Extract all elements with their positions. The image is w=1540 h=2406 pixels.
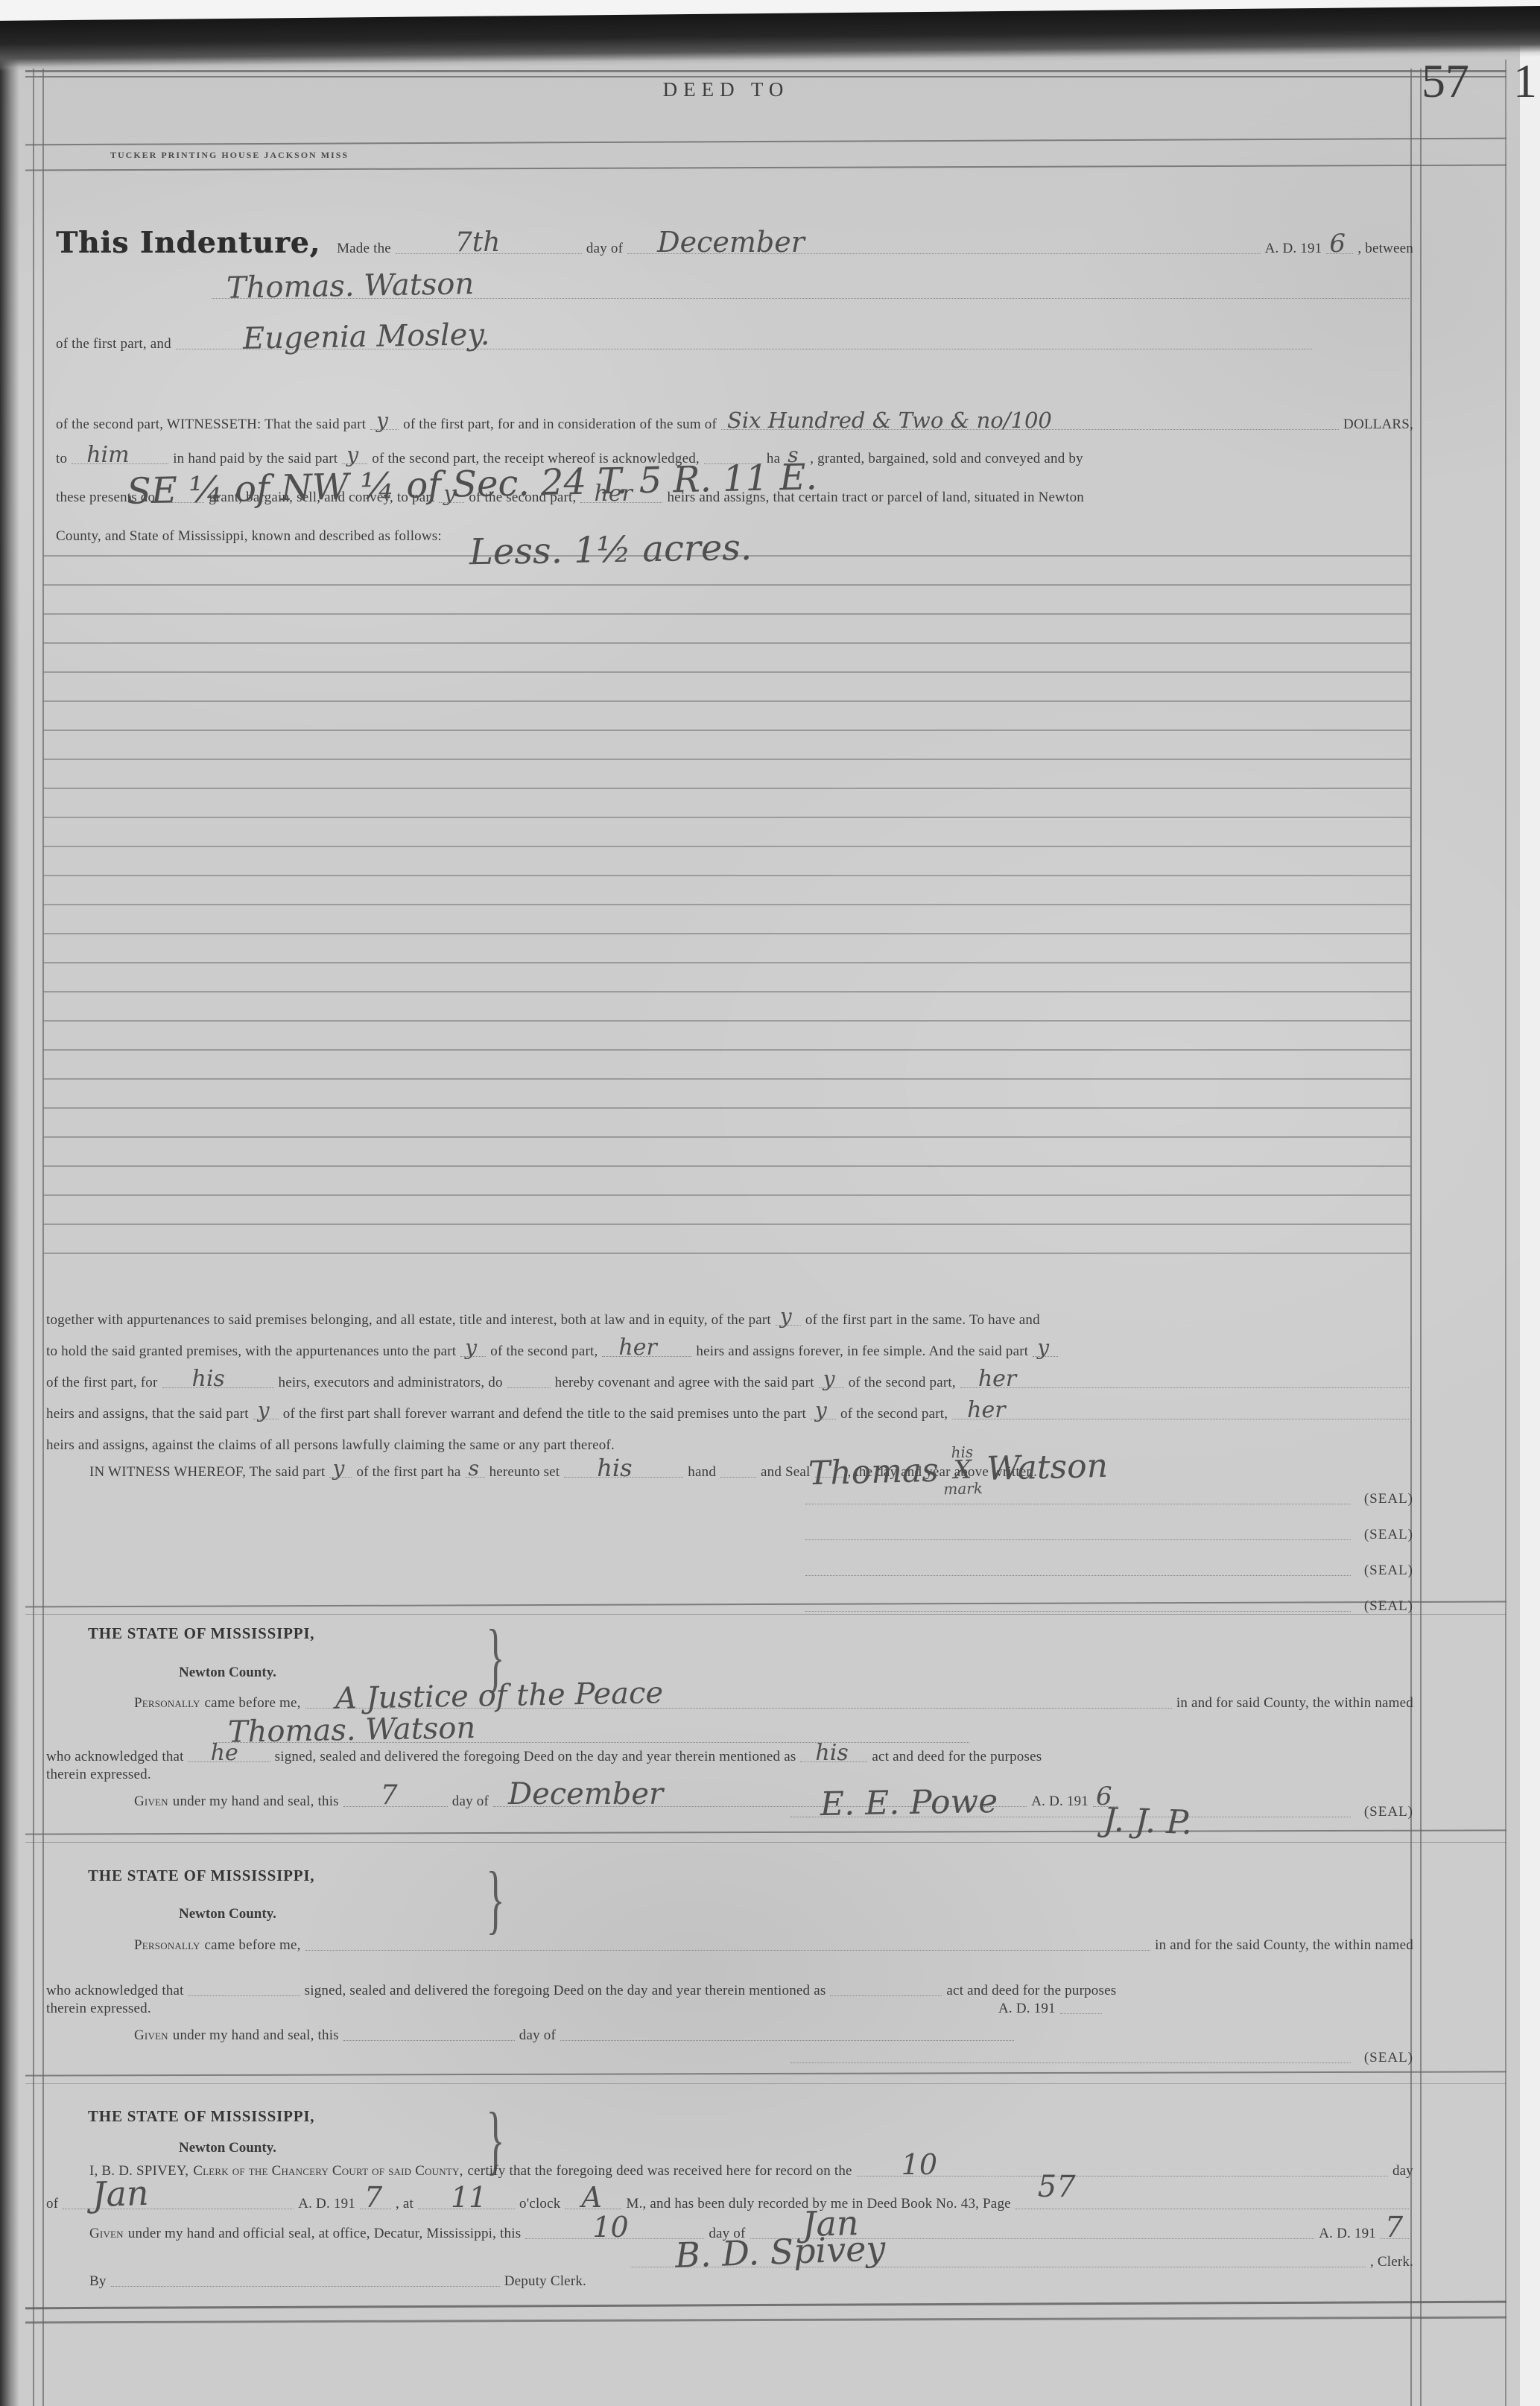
ack1-officer-signature-line: E. E. Powe J. J. P. (SEAL) [786, 1794, 1413, 1820]
in-and-for-label: in and for said County, the within named [1176, 1696, 1413, 1711]
x-mark: X [953, 1459, 972, 1482]
party-y-handwritten: y [332, 1459, 344, 1479]
he-handwritten: he [211, 1743, 238, 1764]
given-month-handwritten: December [508, 1780, 663, 1808]
ampm-handwritten: A [581, 2184, 601, 2211]
his-blank: his [162, 1384, 274, 1388]
given-day-blank [343, 2036, 515, 2041]
record-day-handwritten: 10 [901, 2151, 937, 2178]
party-blank: y [253, 1415, 279, 1419]
ruled-writing-line [43, 817, 1410, 818]
given-label: Given [134, 1794, 168, 1809]
ruled-writing-line [43, 1136, 1410, 1138]
officer-blank [305, 1946, 1151, 1951]
ruled-writing-line [43, 788, 1410, 789]
page-number: 57 [1422, 54, 1469, 109]
hour-handwritten: 11 [451, 2184, 487, 2211]
ruled-writing-line [43, 962, 1410, 963]
month-blank: December [627, 250, 1261, 254]
certify-label: certify that the foregoing deed was rece… [468, 2164, 852, 2179]
party-y-handwritten: y [780, 1307, 792, 1327]
mark-word: mark [943, 1481, 983, 1495]
adjacent-page-edge [1505, 60, 1506, 2406]
ack1-state-heading: THE STATE OF MISSISSIPPI, [88, 1624, 314, 1643]
given-month-blank [560, 2036, 1014, 2041]
signature-blank [805, 1536, 1351, 1540]
witness-text-4: hand [688, 1465, 716, 1480]
header-rule-lower [25, 165, 1506, 171]
ack1-county-heading: Newton County. [179, 1665, 276, 1681]
first-part-and-label: of the first part, and [56, 337, 171, 352]
section-divider [25, 1842, 1506, 1843]
witness-text-2: of the first part ha [356, 1465, 460, 1480]
ruled-writing-line [43, 1194, 1410, 1196]
year-blank: 6 [1326, 250, 1353, 254]
heirs-blank: her [952, 1415, 1409, 1419]
ruled-writing-line [43, 584, 1410, 586]
party-blank: y [819, 1384, 844, 1388]
ruled-writing-line [43, 613, 1410, 615]
made-the-label: Made the [337, 241, 391, 256]
ruled-writing-line [43, 700, 1410, 702]
printer-mark: TUCKER PRINTING HOUSE JACKSON MISS [110, 150, 349, 160]
ad-label: A. D. 191 [1319, 2226, 1376, 2241]
page-border-top-outer [25, 70, 1506, 72]
signed-sealed-label: signed, sealed and delivered the foregoi… [275, 1750, 796, 1764]
therein-expressed-label: therein expressed. [46, 1767, 151, 1782]
her-handwritten: her [967, 1400, 1005, 1422]
habendum-text-3d: of the second part, [849, 1375, 956, 1390]
signature-blank [805, 1500, 1351, 1504]
his-x-mark: his X mark [942, 1445, 983, 1495]
clerk-title-label: Clerk of the Chancery Court of said Coun… [193, 2164, 463, 2179]
party-y-handwritten: y [815, 1401, 827, 1421]
party-blank: y [1033, 1352, 1058, 1357]
dollars-label: DOLLARS, [1343, 417, 1413, 432]
habendum-text-2c: heirs and assigns forever, in fee simple… [696, 1344, 1028, 1359]
given-label: Given [134, 2028, 168, 2043]
clerk-label: , Clerk. [1370, 2255, 1413, 2270]
who-acknowledged-label: who acknowledged that [46, 1984, 184, 1998]
personally-label: Personally [134, 1696, 200, 1711]
habendum-text-5: heirs and assigns, against the claims of… [46, 1438, 615, 1453]
act-and-deed-label: act and deed for the purposes [946, 1984, 1116, 1998]
witnesseth-line-1: of the second part, WITNESSETH: That the… [56, 402, 1413, 432]
ack1-acknowledged-line: who acknowledged that he signed, sealed … [46, 1742, 1413, 1764]
habendum-text-4b: of the first part shall forever warrant … [283, 1407, 806, 1422]
officer-blank: A Justice of the Peace [305, 1704, 1172, 1709]
day-label: day [1392, 2164, 1413, 2179]
deputy-blank [111, 2282, 500, 2287]
day-handwritten: 7th [455, 230, 501, 256]
day-of-label: day of [519, 2028, 556, 2043]
signed-sealed-label: signed, sealed and delivered the foregoi… [305, 1984, 826, 1998]
empty-blank [720, 1473, 756, 1478]
clerk-recorded-line: of Jan A. D. 191 7 , at 11 o'clock A M.,… [46, 2183, 1413, 2212]
page-handwritten: 57 [1038, 2173, 1076, 2201]
heirs-blank: her [602, 1352, 691, 1357]
ruled-writing-line [43, 1049, 1410, 1051]
ad-label: A. D. 191 [1265, 241, 1322, 256]
page-border-right-outer [1420, 69, 1422, 2406]
ruled-writing-line [43, 904, 1410, 905]
to-label: to [56, 452, 67, 466]
habendum-line-1: together with appurtenances to said prem… [46, 1302, 1413, 1328]
ack2-county-heading: Newton County. [179, 1906, 276, 1922]
party-blank: y [370, 425, 399, 430]
in-and-for-label: in and for the said County, the within n… [1155, 1938, 1413, 1953]
given-year-blank: 7 [1381, 2235, 1409, 2239]
scanner-margin-right [1520, 18, 1540, 2406]
who-acknowledged-label: who acknowledged that [46, 1750, 184, 1764]
ack2-ad-line: A. D. 191 [998, 1997, 1123, 2016]
page-blank: 57 [1015, 2205, 1409, 2209]
her-handwritten: her [618, 1337, 656, 1359]
seal-label: (SEAL) [1364, 2051, 1413, 2065]
ruled-writing-line [43, 846, 1410, 847]
his-blank [830, 1992, 942, 1996]
ruled-writing-line [43, 875, 1410, 876]
ampm-blank: A [565, 2205, 621, 2209]
year-blank [1060, 2010, 1102, 2014]
habendum-text-3b: heirs, executors and administrators, do [279, 1375, 503, 1390]
ha-blank: s [466, 1473, 485, 1478]
page-border-left-outer [33, 69, 34, 2406]
habendum-text-4a: heirs and assigns, that the said part [46, 1407, 249, 1422]
party-y-handwritten: y [1037, 1338, 1049, 1358]
clerk-signature-handwritten: B. D. Spivey [674, 2232, 886, 2273]
witnesseth-text-1b: of the first part, for and in considerat… [403, 417, 717, 432]
given-day-handwritten: 10 [592, 2214, 628, 2241]
ack2-state-heading: THE STATE OF MISSISSIPPI, [88, 1867, 314, 1885]
habendum-line-4: heirs and assigns, that the said part y … [46, 1396, 1413, 1422]
ruled-writing-line [43, 729, 1410, 731]
witnesseth-text-2b: in hand paid by the said part [173, 452, 338, 466]
land-description-line-2: Less. 1½ acres. [469, 531, 752, 570]
bottom-rule-upper [25, 2301, 1506, 2310]
month-handwritten: December [657, 229, 805, 256]
signature-first-name: Thomas [808, 1455, 939, 1489]
given-rest-label: under my hand and seal, this [173, 2028, 339, 2043]
scan-dark-left-edge [0, 45, 19, 2406]
habendum-line-3: of the first part, for his heirs, execut… [46, 1365, 1413, 1390]
ruled-writing-line [43, 671, 1410, 673]
came-before-label: came before me, [205, 1696, 301, 1711]
oclock-label: o'clock [519, 2197, 560, 2212]
ruled-writing-line [43, 759, 1410, 760]
paid-to-blank: him [72, 460, 168, 464]
grantor-handwritten: Thomas. Watson [226, 270, 475, 303]
his-handwritten: his [192, 1369, 225, 1390]
witnesseth-text-4: County, and State of Mississippi, known … [56, 529, 442, 544]
he-blank [188, 1992, 300, 1996]
witnesseth-text-2e: , granted, bargained, sold and conveyed … [810, 452, 1083, 466]
by-label: By [89, 2274, 107, 2289]
habendum-text-4c: of the second part, [840, 1407, 948, 1422]
seal-label: (SEAL) [1364, 1805, 1413, 1820]
seal-label: (SEAL) [1364, 1563, 1413, 1578]
act-and-deed-label: act and deed for the purposes [872, 1750, 1042, 1764]
party-blank: y [811, 1415, 836, 1419]
bottom-rule-lower [25, 2317, 1506, 2323]
ruled-writing-line [43, 1253, 1410, 1254]
given-label: Given [89, 2226, 124, 2241]
his-handwritten: his [815, 1743, 848, 1764]
header-rule-upper [25, 138, 1506, 145]
grantee-line: of the first part, and Eugenia Mosley. [56, 316, 1316, 352]
year-handwritten: 6 [1329, 232, 1346, 256]
ack1-personally-line: Personally came before me, A Justice of … [134, 1681, 1413, 1711]
section-divider [25, 1829, 1506, 1834]
seal-label: (SEAL) [1364, 1599, 1413, 1614]
signature-blank [805, 1607, 1351, 1612]
party-y-handwritten: y [376, 411, 388, 431]
officer-handwritten: A Justice of the Peace [335, 1679, 663, 1713]
therein-expressed-label: therein expressed. [46, 2001, 151, 2016]
habendum-text-1b: of the first part in the same. To have a… [805, 1313, 1040, 1328]
hour-blank: 11 [418, 2205, 515, 2209]
signature-last-name: Watson [986, 1451, 1109, 1485]
given-year-handwritten: 7 [1385, 2214, 1403, 2241]
ad-label: A. D. 191 [298, 2197, 355, 2212]
seal-label: (SEAL) [1364, 1528, 1413, 1542]
seal-line-4: (SEAL) [801, 1592, 1413, 1614]
witness-whereof-line: IN WITNESS WHEREOF, The said part y of t… [89, 1454, 1413, 1480]
ack1-therein-line: therein expressed. [46, 1763, 348, 1782]
deed-page: DEED TO 57 1 TUCKER PRINTING HOUSE JACKS… [0, 0, 1540, 2406]
party-blank: y [329, 1473, 352, 1478]
given-rest-label: under my hand and seal, this [173, 1794, 339, 1809]
record-year-blank: 7 [360, 2205, 391, 2209]
ruled-writing-line [43, 642, 1410, 644]
record-month-blank: Jan [63, 2205, 294, 2209]
clerk-state-heading: THE STATE OF MISSISSIPPI, [88, 2107, 314, 2126]
grantee-blank: Eugenia Mosley. [176, 345, 1312, 349]
ruled-writing-line [43, 933, 1410, 934]
given-day-handwritten: 7 [381, 1783, 398, 1808]
habendum-text-2a: to hold the said granted premises, with … [46, 1344, 456, 1359]
section-divider [25, 2071, 1506, 2076]
ruled-writing-line [43, 991, 1410, 993]
set-his-blank: his [564, 1473, 683, 1478]
of-label: of [46, 2197, 58, 2212]
officer-title-handwritten: J. J. P. [1103, 1805, 1192, 1839]
sum-blank: Six Hundred & Two & no/100 [721, 425, 1339, 430]
personally-label: Personally [134, 1938, 200, 1953]
page-border-left-inner [42, 69, 44, 2406]
ack1-name-line: Thomas. Watson [209, 1715, 974, 1745]
ack2-given-line: Given under my hand and seal, this day o… [134, 2021, 1018, 2043]
his-handwritten: his [597, 1457, 632, 1479]
witness-text-5: and Seal [761, 1465, 811, 1480]
seal-line-3: (SEAL) [801, 1556, 1413, 1578]
habendum-line-2: to hold the said granted premises, with … [46, 1334, 1413, 1359]
witnesseth-text-1a: of the second part, WITNESSETH: That the… [56, 417, 366, 432]
clerk-signature-line: B. D. Spivey , Clerk. [626, 2243, 1413, 2270]
ack2-acknowledged-line: who acknowledged that signed, sealed and… [46, 1976, 1413, 1998]
heirs-blank: her [960, 1384, 1409, 1388]
his-blank: his [800, 1758, 867, 1762]
habendum-text-3c: hereby covenant and agree with the said … [555, 1375, 814, 1390]
record-year-handwritten: 7 [364, 2184, 382, 2211]
habendum-line-5: heirs and assigns, against the claims of… [46, 1428, 1413, 1453]
given-day-blank: 7 [343, 1802, 448, 1807]
signature-blank [805, 1571, 1351, 1576]
clerk-signature-blank: B. D. Spivey [630, 2263, 1366, 2267]
adjacent-page-number: 1 [1513, 54, 1537, 109]
sum-handwritten: Six Hundred & Two & no/100 [727, 411, 1052, 431]
party-y-handwritten: y [823, 1370, 835, 1390]
seal-label: (SEAL) [1364, 1492, 1413, 1507]
party-y-handwritten: y [465, 1338, 477, 1358]
ha-s-handwritten: s [469, 1459, 479, 1479]
ack2-therein-line: therein expressed. [46, 1997, 348, 2016]
party-blank: y [342, 460, 367, 464]
at-label: , at [396, 2197, 413, 2212]
party-blank: y [776, 1321, 801, 1326]
day-of-label: day of [586, 241, 623, 256]
her-handwritten: her [978, 1369, 1016, 1390]
record-month-handwritten: Jan [92, 2177, 149, 2212]
ad-label: A. D. 191 [998, 2001, 1056, 2016]
witness-text-3: hereunto set [489, 1465, 560, 1480]
seal-line-2: (SEAL) [801, 1520, 1413, 1542]
page-border-top-inner [25, 76, 1506, 77]
deputy-clerk-label: Deputy Clerk. [504, 2274, 586, 2289]
officer-signature-blank [790, 2059, 1351, 2063]
clerk-certify-line: I, B. D. SPIVEY, Clerk of the Chancery C… [89, 2152, 1413, 2179]
page-title: DEED TO [663, 78, 790, 101]
grantor-signature: Thomas his X mark Watson [808, 1442, 1109, 1499]
witness-text-1: IN WITNESS WHEREOF, The said part [89, 1465, 325, 1480]
came-before-label: came before me, [205, 1938, 301, 1953]
ack2-seal-line: (SEAL) [786, 2043, 1413, 2065]
ruled-writing-line [43, 1165, 1410, 1167]
ruled-writing-line [43, 1078, 1410, 1080]
grantor-blank: Thomas. Watson [212, 294, 1409, 299]
party-blank: y [460, 1352, 486, 1357]
between-label: , between [1357, 241, 1413, 256]
deputy-clerk-line: By Deputy Clerk. [89, 2267, 586, 2289]
ruled-writing-line [43, 1223, 1410, 1225]
day-of-label: day of [452, 1794, 489, 1809]
officer-signature-blank: E. E. Powe J. J. P. [790, 1813, 1351, 1817]
habendum-text-1a: together with appurtenances to said prem… [46, 1313, 771, 1328]
indenture-lead: This Indenture, [56, 230, 320, 256]
paid-to-handwritten: him [86, 445, 129, 466]
section-divider [25, 2083, 1506, 2084]
ack2-personally-line: Personally came before me, in and for th… [134, 1926, 1413, 1953]
party-y-handwritten: y [346, 446, 358, 466]
party-y-handwritten: y [258, 1401, 270, 1421]
ruled-writing-line [43, 1020, 1410, 1022]
habendum-text-2b: of the second part, [490, 1344, 598, 1359]
section-divider [25, 1614, 1506, 1615]
ruled-writing-line [43, 1107, 1410, 1109]
he-blank: he [188, 1758, 270, 1762]
given-rest-label: under my hand and official seal, at offi… [128, 2226, 522, 2241]
grantee-handwritten: Eugenia Mosley. [242, 320, 489, 353]
habendum-text-3a: of the first part, for [46, 1375, 158, 1390]
grantor-line: Thomas. Watson [207, 265, 1413, 301]
opening-line-1: This Indenture, Made the 7th day of Dece… [56, 222, 1413, 256]
record-day-blank: 10 [857, 2172, 1388, 2177]
empty-blank [507, 1384, 551, 1388]
officer-signature-handwritten: E. E. Powe [820, 1786, 998, 1820]
day-blank: 7th [396, 250, 582, 254]
